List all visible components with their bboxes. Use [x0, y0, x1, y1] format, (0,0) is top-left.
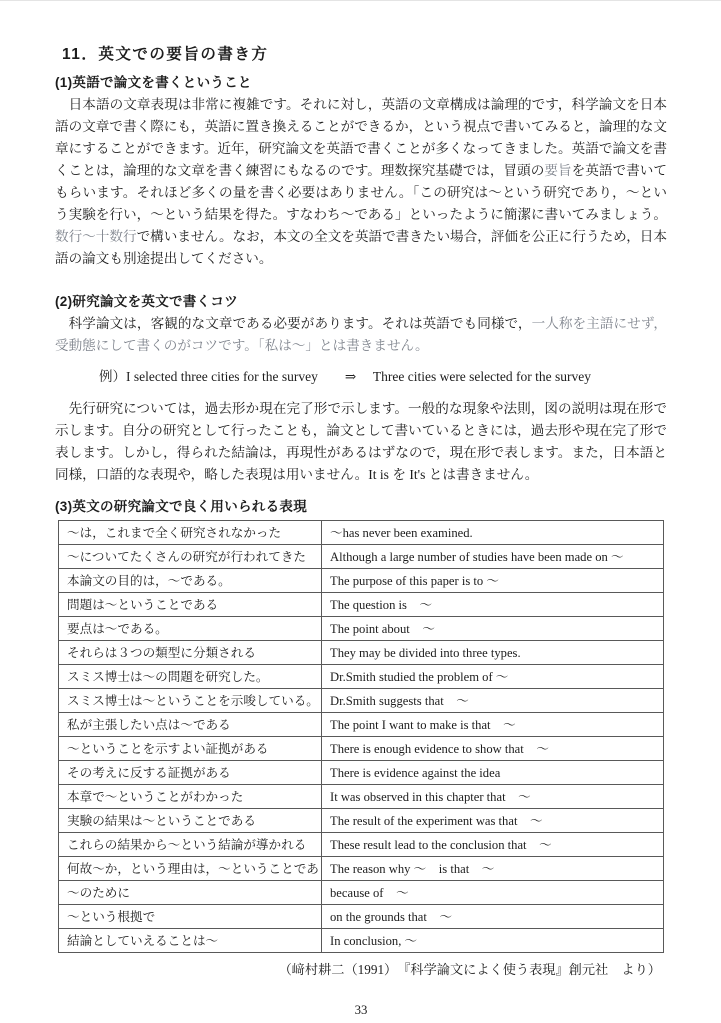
- citation: （﨑村耕二（1991） 『科学論文によく使う表現』創元社 より）: [55, 961, 661, 979]
- japanese-expression-cell: ～ということを示すよい証拠がある: [59, 737, 322, 761]
- section-3-heading: (3)英文の研究論文で良く用いられる表現: [55, 498, 667, 516]
- japanese-expression-cell: 結論としていえることは～: [59, 929, 322, 953]
- english-expression-cell: It was observed in this chapter that ～: [322, 785, 664, 809]
- english-expression-cell: because of ～: [322, 881, 664, 905]
- table-row: ～という根拠でon the grounds that ～: [59, 905, 664, 929]
- english-expression-cell: on the grounds that ～: [322, 905, 664, 929]
- table-row: 本章で～ということがわかったIt was observed in this ch…: [59, 785, 664, 809]
- table-row: ～のためにbecause of ～: [59, 881, 664, 905]
- section-2-paragraph: 科学論文は，客観的な文章である必要があります。それは英語でも同様で，一人称を主語…: [55, 313, 667, 357]
- japanese-expression-cell: ～についてたくさんの研究が行われてきた: [59, 545, 322, 569]
- english-expression-cell: Dr.Smith suggests that ～: [322, 689, 664, 713]
- english-expression-cell: The point I want to make is that ～: [322, 713, 664, 737]
- table-row: 何故～か，という理由は，～ということである。The reason why ～ i…: [59, 857, 664, 881]
- table-row: 結論としていえることは～In conclusion, ～: [59, 929, 664, 953]
- example-line: 例）I selected three cities for the survey…: [99, 367, 667, 387]
- table-row: 実験の結果は～ということであるThe result of the experim…: [59, 809, 664, 833]
- english-expression-cell: In conclusion, ～: [322, 929, 664, 953]
- english-expression-cell: They may be divided into three types.: [322, 641, 664, 665]
- body-text-segment: 先行研究については，過去形か現在完了形で示します。一般的な現象や法則，図の説明は…: [55, 401, 667, 482]
- table-row: それらは３つの類型に分類されるThey may be divided into …: [59, 641, 664, 665]
- section-2-heading: (2)研究論文を英文で書くコツ: [55, 293, 667, 311]
- english-expression-cell: These result lead to the conclusion that…: [322, 833, 664, 857]
- body-text-segment: 科学論文は，客観的な文章である必要があります。それは英語でも同様で，: [55, 316, 532, 331]
- section-1-heading: (1)英語で論文を書くということ: [55, 74, 667, 92]
- english-expression-cell: There is enough evidence to show that ～: [322, 737, 664, 761]
- table-row: 私が主張したい点は～であるThe point I want to make is…: [59, 713, 664, 737]
- page-title: 11．英文での要旨の書き方: [62, 45, 667, 65]
- japanese-expression-cell: その考えに反する証拠がある: [59, 761, 322, 785]
- section-2-paragraph-2: 先行研究については，過去形か現在完了形で示します。一般的な現象や法則，図の説明は…: [55, 398, 667, 486]
- table-row: ～は，これまで全く研究されなかった～has never been examine…: [59, 521, 664, 545]
- table-row: スミス博士は～の問題を研究した。Dr.Smith studied the pro…: [59, 665, 664, 689]
- english-expression-cell: The reason why ～ is that ～: [322, 857, 664, 881]
- table-row: 要点は～である。The point about ～: [59, 617, 664, 641]
- english-expression-cell: The question is ～: [322, 593, 664, 617]
- table-row: 本論文の目的は，～である。The purpose of this paper i…: [59, 569, 664, 593]
- table-row: その考えに反する証拠があるThere is evidence against t…: [59, 761, 664, 785]
- table-row: これらの結果から～という結論が導かれるThese result lead to …: [59, 833, 664, 857]
- japanese-expression-cell: ～のために: [59, 881, 322, 905]
- english-expression-cell: Although a large number of studies have …: [322, 545, 664, 569]
- body-text-segment: で構いません。なお，本文の全文を英語で書きたい場合，評価を公正に行うため，日本語…: [55, 229, 667, 266]
- japanese-expression-cell: 問題は～ということである: [59, 593, 322, 617]
- japanese-expression-cell: 要点は～である。: [59, 617, 322, 641]
- english-expression-cell: ～has never been examined.: [322, 521, 664, 545]
- english-expression-cell: The point about ～: [322, 617, 664, 641]
- english-expression-cell: The purpose of this paper is to ～: [322, 569, 664, 593]
- expressions-table: ～は，これまで全く研究されなかった～has never been examine…: [58, 520, 664, 953]
- page-number: 33: [55, 1002, 667, 1018]
- revised-text-segment: 要旨: [544, 163, 571, 178]
- japanese-expression-cell: 本章で～ということがわかった: [59, 785, 322, 809]
- japanese-expression-cell: それらは３つの類型に分類される: [59, 641, 322, 665]
- table-row: 問題は～ということであるThe question is ～: [59, 593, 664, 617]
- japanese-expression-cell: スミス博士は～の問題を研究した。: [59, 665, 322, 689]
- english-expression-cell: The result of the experiment was that ～: [322, 809, 664, 833]
- english-expression-cell: Dr.Smith studied the problem of ～: [322, 665, 664, 689]
- document-page: 11．英文での要旨の書き方 (1)英語で論文を書くということ 日本語の文章表現は…: [0, 1, 721, 1018]
- table-row: ～についてたくさんの研究が行われてきたAlthough a large numb…: [59, 545, 664, 569]
- japanese-expression-cell: ～は，これまで全く研究されなかった: [59, 521, 322, 545]
- japanese-expression-cell: スミス博士は～ということを示唆している。: [59, 689, 322, 713]
- japanese-expression-cell: これらの結果から～という結論が導かれる: [59, 833, 322, 857]
- section-1-paragraph: 日本語の文章表現は非常に複雑です。それに対し，英語の文章構成は論理的です，科学論…: [55, 94, 667, 270]
- expressions-table-body: ～は，これまで全く研究されなかった～has never been examine…: [59, 521, 664, 953]
- table-row: ～ということを示すよい証拠があるThere is enough evidence…: [59, 737, 664, 761]
- japanese-expression-cell: ～という根拠で: [59, 905, 322, 929]
- japanese-expression-cell: 本論文の目的は，～である。: [59, 569, 322, 593]
- japanese-expression-cell: 何故～か，という理由は，～ということである。: [59, 857, 322, 881]
- japanese-expression-cell: 私が主張したい点は～である: [59, 713, 322, 737]
- japanese-expression-cell: 実験の結果は～ということである: [59, 809, 322, 833]
- english-expression-cell: There is evidence against the idea: [322, 761, 664, 785]
- revised-text-segment: 数行～十数行: [55, 229, 137, 244]
- table-row: スミス博士は～ということを示唆している。Dr.Smith suggests th…: [59, 689, 664, 713]
